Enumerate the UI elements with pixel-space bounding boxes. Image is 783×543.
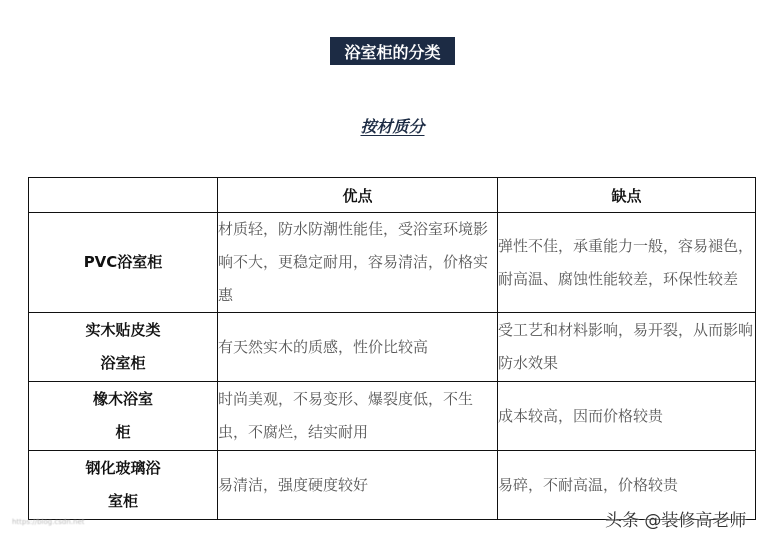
faint-source-credit: https://blog.csdn.net: [12, 518, 85, 526]
row-type: PVC浴室柜: [29, 213, 218, 313]
row-type: 橡木浴室柜: [29, 382, 218, 451]
table-header-row: 优点 缺点: [29, 178, 756, 213]
row-pros: 材质轻，防水防潮性能佳，受浴室环境影响不大，更稳定耐用，容易清洁，价格实惠: [218, 213, 498, 313]
section-subtitle: 按材质分: [330, 114, 455, 137]
row-cons: 成本较高，因而价格较贵: [498, 382, 756, 451]
table-row: 实木贴皮类浴室柜 有天然实木的质感，性价比较高 受工艺和材料影响，易开裂，从而影…: [29, 313, 756, 382]
page-title: 浴室柜的分类: [330, 37, 455, 65]
header-type: [29, 178, 218, 213]
row-type: 实木贴皮类浴室柜: [29, 313, 218, 382]
row-pros: 时尚美观，不易变形、爆裂度低，不生虫，不腐烂，结实耐用: [218, 382, 498, 451]
row-cons: 受工艺和材料影响，易开裂，从而影响防水效果: [498, 313, 756, 382]
table-row: PVC浴室柜 材质轻，防水防潮性能佳，受浴室环境影响不大，更稳定耐用，容易清洁，…: [29, 213, 756, 313]
header-cons: 缺点: [498, 178, 756, 213]
row-pros: 有天然实木的质感，性价比较高: [218, 313, 498, 382]
header-pros: 优点: [218, 178, 498, 213]
row-cons: 弹性不佳，承重能力一般，容易褪色，耐高温、腐蚀性能较差，环保性较差: [498, 213, 756, 313]
comparison-table: 优点 缺点 PVC浴室柜 材质轻，防水防潮性能佳，受浴室环境影响不大，更稳定耐用…: [28, 177, 756, 520]
table-row: 橡木浴室柜 时尚美观，不易变形、爆裂度低，不生虫，不腐烂，结实耐用 成本较高，因…: [29, 382, 756, 451]
row-type: 钢化玻璃浴室柜: [29, 451, 218, 520]
row-pros: 易清洁，强度硬度较好: [218, 451, 498, 520]
watermark: 头条 @装修高老师: [605, 506, 746, 531]
